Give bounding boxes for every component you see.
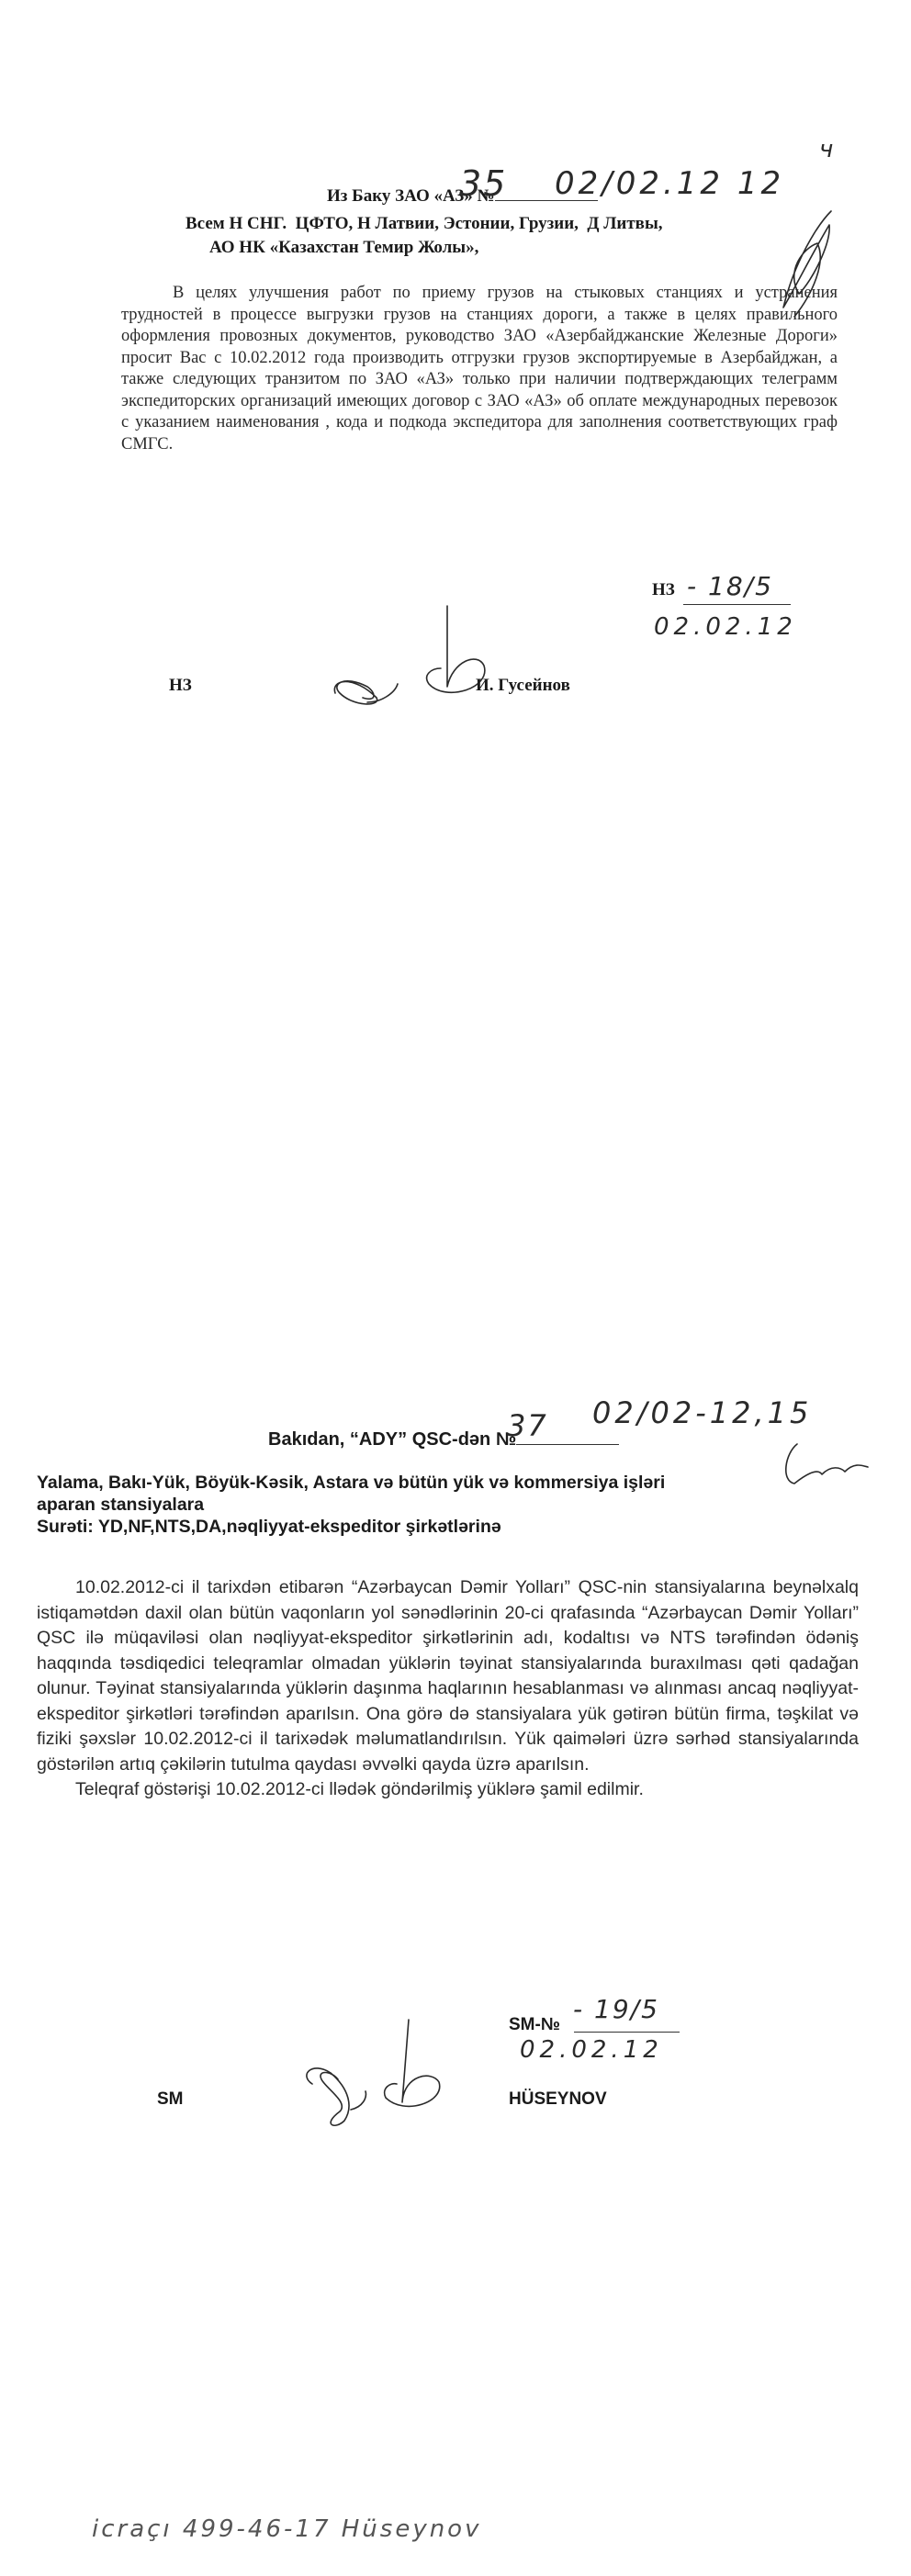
az-handwritten-number: 37 xyxy=(507,1408,548,1443)
az-body-paragraph: Teleqraf göstərişi 10.02.2012-ci llədək … xyxy=(37,1777,859,1803)
ru-handwritten-superscript: ч xyxy=(819,136,835,163)
ru-registration-date: 02.02.12 xyxy=(654,613,797,641)
ru-recipients-line2: АО НК «Казахстан Темир Жолы», xyxy=(209,236,478,260)
ru-registration-line xyxy=(683,604,791,605)
az-registration-label: SM-№ xyxy=(509,2015,560,2035)
az-recipients: Yalama, Bakı-Yük, Böyük-Kəsik, Astara və… xyxy=(37,1472,891,1538)
ru-registration: НЗ xyxy=(652,580,675,600)
az-registration-number: - 19/5 xyxy=(573,1994,659,2024)
az-from-line: Bakıdan, “ADY” QSC-dən № xyxy=(268,1429,516,1450)
ru-body-paragraph: В целях улучшения работ по приему грузов… xyxy=(121,283,838,455)
ru-registration-label: НЗ xyxy=(652,580,675,599)
ru-handwritten-number: 35 xyxy=(459,163,507,204)
az-body: 10.02.2012-ci il tarixdən etibarən “Azər… xyxy=(37,1575,859,1803)
ru-signature-icon xyxy=(326,606,491,707)
footer-handwritten-note: icraçı 499-46-17 Hüseynov xyxy=(92,2515,481,2543)
az-copy-line: Surəti: YD,NF,NTS,DA,nəqliyyat-ekspedito… xyxy=(37,1516,891,1538)
az-recipients-line2: aparan stansiyalara xyxy=(37,1494,891,1516)
az-signature-position: SM xyxy=(157,2089,184,2110)
az-registration-date: 02.02.12 xyxy=(520,2036,663,2064)
az-recipients-line1: Yalama, Bakı-Yük, Böyük-Kəsik, Astara və… xyxy=(37,1472,891,1494)
az-signature-icon xyxy=(294,2020,459,2130)
az-body-paragraph: 10.02.2012-ci il tarixdən etibarən “Azər… xyxy=(37,1575,859,1777)
ru-signature-position: НЗ xyxy=(169,676,192,696)
ru-recipients-line1: Всем Н СНГ. ЦФТО, Н Латвии, Эстонии, Гру… xyxy=(186,212,663,236)
ru-signature-name: И. Гусейнов xyxy=(476,676,570,696)
az-handwritten-date: 02/02-12,15 xyxy=(592,1395,812,1430)
ru-registration-number: - 18/5 xyxy=(687,571,773,601)
az-signature-name: HÜSEYNOV xyxy=(509,2089,607,2110)
az-registration-line xyxy=(574,2032,680,2033)
ru-body: В целях улучшения работ по приему грузов… xyxy=(121,283,838,455)
ru-handwritten-date: 02/02.12 12 xyxy=(555,165,784,202)
